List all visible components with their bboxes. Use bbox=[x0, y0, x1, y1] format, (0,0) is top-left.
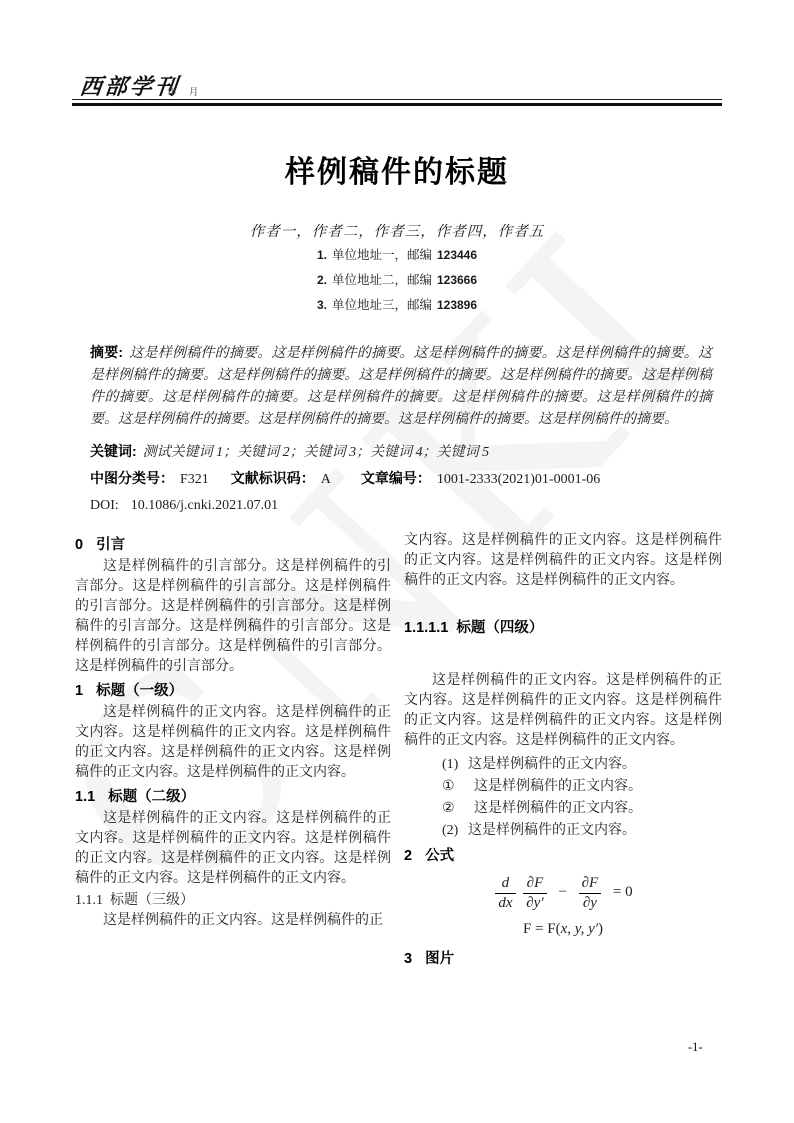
article-id-value: 1001-2333(2021)01-0001-06 bbox=[437, 472, 600, 487]
section-title: 标题（三级） bbox=[110, 893, 194, 908]
list-text: 这是样例稿件的正文内容。 bbox=[468, 757, 636, 772]
section-title: 公式 bbox=[425, 848, 454, 864]
section-number: 1.1 bbox=[75, 789, 95, 805]
list-marker: (2) bbox=[442, 820, 468, 842]
section-number: 1 bbox=[75, 683, 83, 699]
list-text: 这是样例稿件的正文内容。 bbox=[474, 801, 642, 816]
affiliation-item: 2.单位地址二，邮编123666 bbox=[0, 268, 794, 293]
manuscript-page: CNKI 西部学刊 年 月 样例稿件的标题 作者一，作者二，作者三，作者四，作者… bbox=[0, 0, 794, 1123]
numerator: d bbox=[495, 875, 515, 894]
intro-body: 这是样例稿件的引言部分。这是样例稿件的引言部分。这是样例稿件的引言部分。这是样例… bbox=[75, 557, 391, 677]
article-id-label: 文章编号： bbox=[361, 470, 431, 486]
section-heading-level1: 1标题（一级） bbox=[75, 681, 391, 701]
doi-line: DOI:10.1086/j.cnki.2021.07.01 bbox=[90, 494, 712, 517]
clc-label: 中图分类号： bbox=[90, 470, 174, 486]
header-rule-thick bbox=[72, 103, 722, 106]
list-item: (1)这是样例稿件的正文内容。 bbox=[404, 754, 722, 776]
author-line: 作者一，作者二，作者三，作者四，作者五 bbox=[0, 220, 794, 241]
affiliation-number: 1. bbox=[317, 248, 327, 262]
list-text: 这是样例稿件的正文内容。 bbox=[474, 779, 642, 794]
doc-code-value: A bbox=[321, 472, 331, 487]
affiliation-item: 1.单位地址一，邮编123446 bbox=[0, 243, 794, 268]
eq2-prefix: F = F( bbox=[523, 921, 561, 937]
section-heading-level2: 1.1标题（二级） bbox=[75, 787, 391, 807]
section-number: 1.1.1.1 bbox=[404, 620, 448, 636]
fraction-dF-dy: ∂F∂y bbox=[579, 875, 602, 911]
section-heading-figure: 3图片 bbox=[404, 949, 722, 969]
level3-body-continued: 文内容。这是样例稿件的正文内容。这是样例稿件的正文内容。这是样例稿件的正文内容。… bbox=[404, 531, 722, 591]
denominator: ∂y′ bbox=[523, 894, 546, 912]
list-text: 这是样例稿件的正文内容。 bbox=[468, 823, 636, 838]
abstract-label: 摘要: bbox=[90, 344, 123, 360]
list-marker: (1) bbox=[442, 754, 468, 776]
section-number: 2 bbox=[404, 848, 412, 864]
section-heading-intro: 0引言 bbox=[75, 535, 391, 555]
article-meta: 摘要:这是样例稿件的摘要。这是样例稿件的摘要。这是样例稿件的摘要。这是样例稿件的… bbox=[90, 341, 712, 517]
denominator: dx bbox=[495, 894, 515, 912]
section-heading-level4: 1.1.1.1标题（四级） bbox=[404, 618, 722, 638]
section-title: 标题（二级） bbox=[108, 789, 195, 805]
article-title: 样例稿件的标题 bbox=[0, 147, 794, 191]
affiliation-item: 3.单位地址三，邮编123896 bbox=[0, 293, 794, 318]
list-item: (2)这是样例稿件的正文内容。 bbox=[404, 820, 722, 842]
level1-body: 这是样例稿件的正文内容。这是样例稿件的正文内容。这是样例稿件的正文内容。这是样例… bbox=[75, 703, 391, 783]
section-title: 图片 bbox=[425, 951, 454, 967]
eq2-variables: x, y, y′ bbox=[561, 921, 598, 937]
eq2-suffix: ) bbox=[598, 921, 603, 937]
section-number: 3 bbox=[404, 951, 412, 967]
section-number: 1.1.1 bbox=[75, 893, 103, 908]
section-title: 标题（一级） bbox=[96, 683, 183, 699]
equation-functional: F = F(x, y, y′) bbox=[404, 919, 722, 939]
list-marker: ① bbox=[442, 776, 474, 798]
affiliation-address: 单位地址二，邮编 bbox=[332, 273, 432, 287]
keywords-text: 测试关键词 1；关键词 2；关键词 3；关键词 4；关键词 5 bbox=[143, 445, 490, 460]
section-title: 标题（四级） bbox=[456, 620, 543, 636]
affiliation-postcode: 123446 bbox=[437, 248, 477, 262]
affiliation-address: 单位地址一，邮编 bbox=[332, 248, 432, 262]
level4-body: 这是样例稿件的正文内容。这是样例稿件的正文内容。这是样例稿件的正文内容。这是样例… bbox=[404, 671, 722, 751]
doc-code-label: 文献标识码： bbox=[231, 470, 315, 486]
abstract-text: 这是样例稿件的摘要。这是样例稿件的摘要。这是样例稿件的摘要。这是样例稿件的摘要。… bbox=[90, 346, 712, 427]
clc-value: F321 bbox=[180, 472, 209, 487]
doi-label: DOI: bbox=[90, 498, 119, 513]
keywords-line: 关键词:测试关键词 1；关键词 2；关键词 3；关键词 4；关键词 5 bbox=[90, 440, 712, 464]
left-column: 0引言 这是样例稿件的引言部分。这是样例稿件的引言部分。这是样例稿件的引言部分。… bbox=[75, 531, 391, 931]
page-number: -1- bbox=[688, 1040, 703, 1055]
list-marker: ② bbox=[442, 798, 474, 820]
abstract-paragraph: 摘要:这是样例稿件的摘要。这是样例稿件的摘要。这是样例稿件的摘要。这是样例稿件的… bbox=[90, 341, 712, 431]
affiliation-address: 单位地址三，邮编 bbox=[332, 298, 432, 312]
affiliation-list: 1.单位地址一，邮编123446 2.单位地址二，邮编123666 3.单位地址… bbox=[0, 243, 794, 318]
list-item: ②这是样例稿件的正文内容。 bbox=[404, 798, 722, 820]
header-rule-thin bbox=[72, 99, 722, 100]
level2-body: 这是样例稿件的正文内容。这是样例稿件的正文内容。这是样例稿件的正文内容。这是样例… bbox=[75, 809, 391, 889]
section-number: 0 bbox=[75, 537, 83, 553]
right-column: 文内容。这是样例稿件的正文内容。这是样例稿件的正文内容。这是样例稿件的正文内容。… bbox=[404, 531, 722, 971]
section-heading-formula: 2公式 bbox=[404, 846, 722, 866]
level3-body-start: 这是样例稿件的正文内容。这是样例稿件的正 bbox=[75, 911, 391, 931]
affiliation-number: 3. bbox=[317, 298, 327, 312]
fraction-d-dx: ddx bbox=[495, 875, 515, 911]
affiliation-number: 2. bbox=[317, 273, 327, 287]
affiliation-postcode: 123666 bbox=[437, 273, 477, 287]
numerator: ∂F bbox=[579, 875, 602, 894]
list-item: ①这是样例稿件的正文内容。 bbox=[404, 776, 722, 798]
fraction-dF-dyprime: ∂F∂y′ bbox=[523, 875, 546, 911]
denominator: ∂y bbox=[579, 894, 602, 912]
issue-date: 年 月 bbox=[167, 84, 203, 98]
minus-operator: − bbox=[558, 884, 566, 900]
section-heading-level3: 1.1.1标题（三级） bbox=[75, 891, 391, 911]
section-title: 引言 bbox=[96, 537, 125, 553]
numerator: ∂F bbox=[523, 875, 546, 894]
affiliation-postcode: 123896 bbox=[437, 298, 477, 312]
numbered-list: (1)这是样例稿件的正文内容。 ①这是样例稿件的正文内容。 ②这是样例稿件的正文… bbox=[404, 754, 722, 842]
keywords-label: 关键词: bbox=[90, 443, 137, 459]
classification-line: 中图分类号：F321文献标识码：A文章编号：1001-2333(2021)01-… bbox=[90, 467, 712, 491]
doi-value: 10.1086/j.cnki.2021.07.01 bbox=[131, 498, 278, 513]
equals-zero: = 0 bbox=[613, 884, 633, 900]
equation-euler-lagrange: ddx ∂F∂y′ − ∂F∂y = 0 bbox=[404, 875, 722, 911]
